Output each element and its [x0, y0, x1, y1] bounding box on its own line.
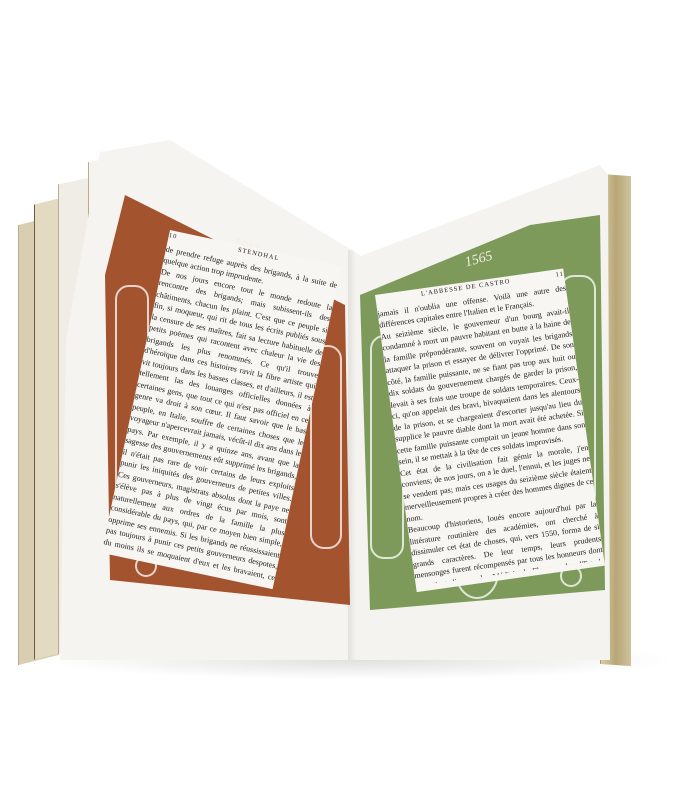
- book-photo: 1512 1565 10 STENDHAL de prendre refuge …: [0, 0, 700, 800]
- right-page-number: 11: [555, 269, 565, 282]
- text-paragraph: Au seizième siècle, le gouverneur d'un b…: [380, 306, 585, 467]
- right-body-text: jamais il n'oublia une offense. Voilà un…: [377, 282, 604, 586]
- left-page-number: 10: [168, 230, 179, 243]
